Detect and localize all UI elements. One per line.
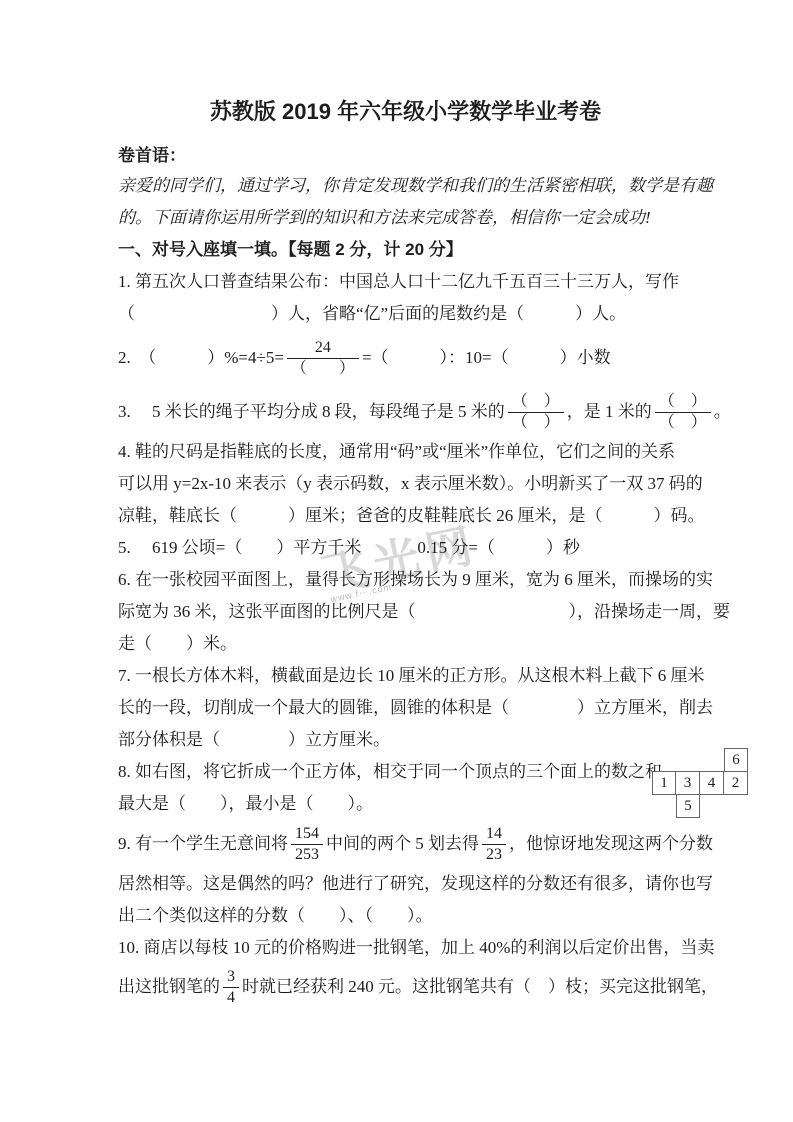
question-8-line-1: 8. 如右图，将它折成一个正方体，相交于同一个顶点的三个面上的数之和 xyxy=(118,756,693,788)
question-4-line-1: 4. 鞋的尺码是指鞋底的长度，通常用“码”或“厘米”作单位，它们之间的关系 xyxy=(118,436,693,468)
question-3-pre: 3. 5 米长的绳子平均分成 8 段，每段绳子是 5 米的 xyxy=(118,396,505,428)
question-2-pre: 2. （ ）%=4÷5= xyxy=(118,342,284,374)
question-5: 5. 619 公顷=（ ）平方千米 0.15 分=（ ）秒 xyxy=(118,532,693,564)
fraction-numerator: 24 xyxy=(311,338,335,357)
preface-label: 卷首语： xyxy=(118,141,693,170)
question-6-line-3: 走（ ）米。 xyxy=(118,628,693,660)
question-7-line-3: 部分体积是（ ）立方厘米。 xyxy=(118,724,693,756)
fraction-154-over-253: 154 253 xyxy=(291,824,323,863)
question-10: 10. 商店以每枝 10 元的价格购进一批钢笔，加上 40%的利润以后定价出售，… xyxy=(118,932,693,1010)
fraction-denominator: 23 xyxy=(482,844,506,864)
question-10-pre: 出这批钢笔的 xyxy=(118,971,220,1003)
fraction-numerator: 154 xyxy=(291,824,323,843)
fraction-denominator: （ ） xyxy=(508,412,564,432)
fraction-3-over-4: 3 4 xyxy=(223,967,239,1006)
question-4: 4. 鞋的尺码是指鞋底的长度，通常用“码”或“厘米”作单位，它们之间的关系 可以… xyxy=(118,436,693,532)
question-8-line-2: 最大是（ ），最小是（ ）。 xyxy=(118,788,693,820)
question-2: 2. （ ）%=4÷5= 24 （ ） =（ ）：10=（ ）小数 xyxy=(118,334,693,382)
question-7: 7. 一根长方体木料，横截面是边长 10 厘米的正方形。从这根木料上截下 6 厘… xyxy=(118,660,693,756)
question-3-post: 。 xyxy=(714,396,731,428)
net-cell-1: 1 xyxy=(652,771,676,795)
question-2-post: =（ ）：10=（ ）小数 xyxy=(362,342,611,374)
fraction-denominator: 4 xyxy=(223,987,239,1007)
question-4-line-3: 凉鞋，鞋底长（ ）厘米；爸爸的皮鞋鞋底长 26 厘米，是（ ）码。 xyxy=(118,500,693,532)
question-5-part-1: 5. 619 公顷=（ ）平方千米 xyxy=(118,532,361,564)
fraction-24-over-blank: 24 （ ） xyxy=(287,338,359,377)
question-9-pre: 9. 有一个学生无意间将 xyxy=(118,828,288,860)
net-cell-2: 2 xyxy=(724,771,748,795)
question-9-line-2: 居然相等。这是偶然的吗？他进行了研究，发现这样的分数还有很多，请你也写 xyxy=(118,868,693,900)
fraction-blank-over-blank-2: （ ） （ ） xyxy=(655,392,711,431)
question-6: 6. 在一张校园平面图上，量得长方形操场长为 9 厘米，宽为 6 厘米，而操场的… xyxy=(118,564,693,660)
question-6-line-1: 6. 在一张校园平面图上，量得长方形操场长为 9 厘米，宽为 6 厘米，而操场的… xyxy=(118,564,693,596)
question-10-line-1: 10. 商店以每枝 10 元的价格购进一批钢笔，加上 40%的利润以后定价出售，… xyxy=(118,932,693,964)
fraction-numerator: （ ） xyxy=(655,392,711,411)
question-1-line-2: （ ）人，省略“亿”后面的尾数约是（ ）人。 xyxy=(118,298,693,330)
question-1: 1. 第五次人口普查结果公布：中国总人口十二亿九千五百三十三万人，写作 （ ）人… xyxy=(118,266,693,330)
question-6-line-2: 际宽为 36 米，这张平面图的比例尺是（ ），沿操场走一周，要 xyxy=(118,596,693,628)
exam-title: 苏教版 2019 年六年级小学数学毕业考卷 xyxy=(118,95,693,129)
fraction-numerator: 3 xyxy=(223,967,239,986)
question-9: 9. 有一个学生无意间将 154 253 中间的两个 5 划去得 14 23 ，… xyxy=(118,820,693,932)
fraction-14-over-23: 14 23 xyxy=(482,824,506,863)
fraction-blank-over-blank-1: （ ） （ ） xyxy=(508,392,564,431)
question-9-mid: 中间的两个 5 划去得 xyxy=(326,828,479,860)
section-1-header: 一、对号入座填一填。【每题 2 分，计 20 分】 xyxy=(118,234,693,266)
question-3-mid: ，是 1 米的 xyxy=(567,396,652,428)
question-10-post: 时就已经获利 240 元。这批钢笔共有（ ）枝；买完这批钢笔， xyxy=(242,971,718,1003)
question-1-line-1: 1. 第五次人口普查结果公布：中国总人口十二亿九千五百三十三万人，写作 xyxy=(118,266,693,298)
question-5-part-2: 0.15 分=（ ）秒 xyxy=(417,532,580,564)
cube-net-diagram: 6 1 3 4 2 5 xyxy=(652,748,748,818)
question-7-line-1: 7. 一根长方体木料，横截面是边长 10 厘米的正方形。从这根木料上截下 6 厘… xyxy=(118,660,693,692)
question-8: 8. 如右图，将它折成一个正方体，相交于同一个顶点的三个面上的数之和 最大是（ … xyxy=(118,756,693,820)
net-cell-5: 5 xyxy=(676,794,700,818)
preface-line-2: 的。下面请你运用所学到的知识和方法来完成答卷，相信你一定会成功! xyxy=(118,202,693,234)
question-9-post: ，他惊讶地发现这两个分数 xyxy=(509,828,713,860)
fraction-numerator: 14 xyxy=(482,824,506,843)
fraction-numerator: （ ） xyxy=(508,392,564,411)
question-4-line-2: 可以用 y=2x-10 来表示（y 表示码数，x 表示厘米数）。小明新买了一双 … xyxy=(118,468,693,500)
fraction-denominator: （ ） xyxy=(287,358,359,378)
question-7-line-2: 长的一段，切削成一个最大的圆锥，圆锥的体积是（ ）立方厘米，削去 xyxy=(118,692,693,724)
net-cell-4: 4 xyxy=(700,771,724,795)
question-9-line-3: 出二个类似这样的分数（ ）、（ ）。 xyxy=(118,900,693,932)
question-3: 3. 5 米长的绳子平均分成 8 段，每段绳子是 5 米的 （ ） （ ） ，是… xyxy=(118,388,693,436)
fraction-denominator: （ ） xyxy=(655,412,711,432)
preface-line-1: 亲爱的同学们，通过学习，你肯定发现数学和我们的生活紧密相联，数学是有趣 xyxy=(118,170,693,202)
net-middle-row: 1 3 4 2 xyxy=(652,771,748,795)
fraction-denominator: 253 xyxy=(291,844,323,864)
exam-page: 苏教版 2019 年六年级小学数学毕业考卷 卷首语： 亲爱的同学们，通过学习，你… xyxy=(118,0,693,1010)
